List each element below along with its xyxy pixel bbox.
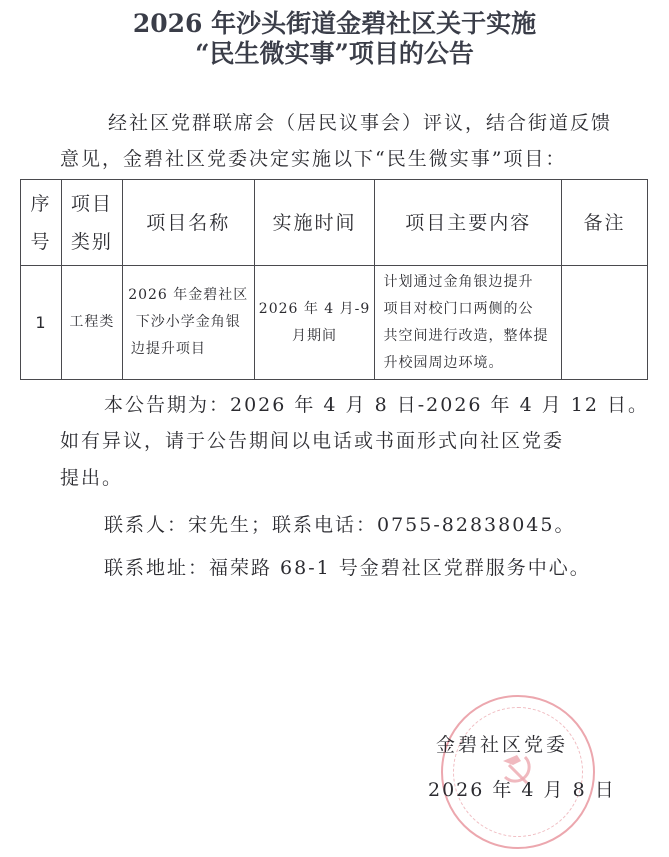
- cell-implementation-time: 2026 年 4 月-9 月期间: [254, 266, 375, 380]
- cell-main-content: 计划通过金角银边提升 项目对校门口两侧的公 共空间进行改造，整体提 升校园周边环…: [375, 266, 562, 380]
- notice-period-line-2: 如有异议，请于公告期间以电话或书面形式向社区党委: [60, 426, 564, 453]
- cell-project-name: 2026 年金碧社区 下沙小学金角银 边提升项目: [122, 266, 254, 380]
- project-table: 序 号 项目 类别 项目名称 实施时间 项目主要内容 备注 1 工程类 2026…: [20, 179, 648, 380]
- contact-person-phone: 联系人：宋先生；联系电话：0755-82838045。: [104, 510, 575, 537]
- table-row: 1 工程类 2026 年金碧社区 下沙小学金角银 边提升项目 2026 年 4 …: [21, 266, 648, 380]
- notice-period-line-3: 提出。: [60, 463, 123, 490]
- header-project-category: 项目 类别: [61, 180, 122, 266]
- header-remarks: 备注: [562, 180, 648, 266]
- cell-remarks: [562, 266, 648, 380]
- cell-category: 工程类: [61, 266, 122, 380]
- intro-paragraph-line-2: 意见，金碧社区党委决定实施以下“民生微实事”项目：: [60, 144, 566, 171]
- header-implementation-time: 实施时间: [254, 180, 375, 266]
- notice-title-line-2: “民生微实事”项目的公告: [0, 34, 669, 70]
- signature-date: 2026 年 4 月 8 日: [428, 775, 616, 802]
- cell-serial-no: 1: [21, 266, 62, 380]
- signature-organization: 金碧社区党委: [436, 730, 568, 757]
- intro-paragraph-line-1: 经社区党群联席会（居民议事会）评议，结合街道反馈: [108, 108, 612, 135]
- header-serial-no: 序 号: [21, 180, 62, 266]
- notice-period-line-1: 本公告期为：2026 年 4 月 8 日-2026 年 4 月 12 日。: [104, 390, 649, 417]
- table-header-row: 序 号 项目 类别 项目名称 实施时间 项目主要内容 备注: [21, 180, 648, 266]
- header-main-content: 项目主要内容: [375, 180, 562, 266]
- contact-address: 联系地址：福荣路 68-1 号金碧社区党群服务中心。: [104, 553, 591, 580]
- header-project-name: 项目名称: [122, 180, 254, 266]
- official-seal: [441, 695, 595, 849]
